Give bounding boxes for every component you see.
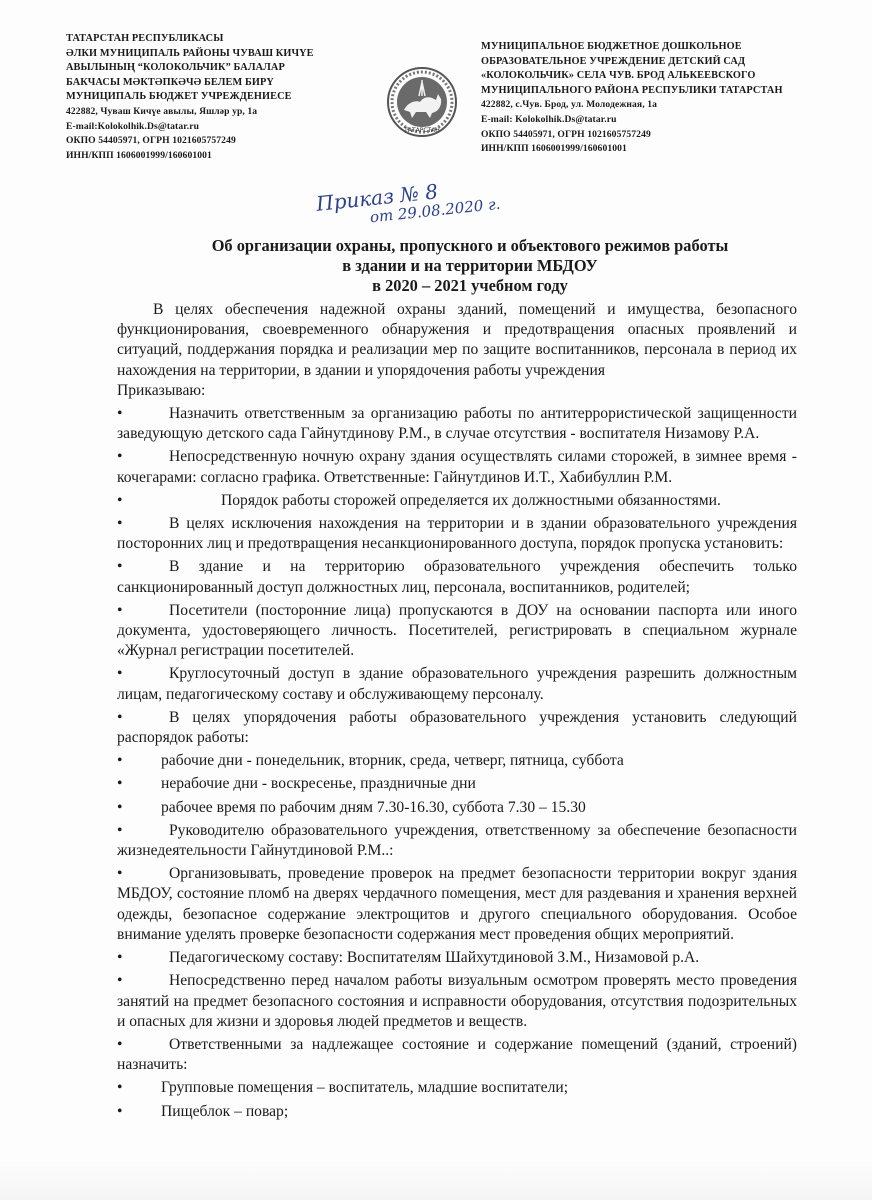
svg-text:ТАТАРСТАН: ТАТАРСТАН [403, 127, 440, 134]
header-right-line: «КОЛОКОЛЬЧИК» СЕЛА ЧУВ. БРОД АЛЬКЕЕВСКОГ… [481, 69, 783, 84]
list-item: •рабочее время по рабочим дням 7.30-16.3… [117, 798, 797, 818]
intro-paragraph: В целях обеспечения надежной охраны здан… [117, 300, 797, 381]
document-body: В целях обеспечения надежной охраны здан… [117, 300, 797, 1122]
list-item: •Руководителю образовательного учреждени… [117, 821, 797, 861]
title-line-1: Об организации охраны, пропускного и объ… [150, 236, 790, 256]
list-item: •Посетители (посторонние лица) пропускаю… [117, 601, 797, 662]
header-right-line: ОБРАЗОВАТЕЛЬНОЕ УЧРЕЖДЕНИЕ ДЕТСКИЙ САД [481, 55, 783, 70]
list-item: •В целях упорядочения работы образовател… [117, 708, 797, 748]
header-right-line: МУНИЦИПАЛЬНОГО РАЙОНА РЕСПУБЛИКИ ТАТАРСТ… [481, 84, 783, 99]
header-right-email: E-mail: Kolokolhik.Ds@tatar.ru [481, 113, 783, 128]
header-left-line: МУНИЦИПАЛЬ БЮДЖЕТ УЧРЕЖДЕНИЕСЕ [66, 90, 314, 105]
list-item: •Порядок работы сторожей определяется их… [117, 491, 797, 511]
list-item: •Пищеблок – повар; [117, 1102, 797, 1122]
title-line-2: в здании и на территории МБДОУ [150, 256, 790, 276]
header-left-inn: ИНН/КПП 1606001999/160601001 [66, 149, 314, 164]
list-item: •нерабочие дни - воскресенье, праздничны… [117, 774, 797, 794]
header-left-line: АВЫЛЫНЫҢ “КОЛОКОЛЬЧИК” БАЛАЛАР [66, 61, 314, 76]
header-right-russian: МУНИЦИПАЛЬНОЕ БЮДЖЕТНОЕ ДОШКОЛЬНОЕ ОБРАЗ… [481, 40, 783, 157]
header-left-email: E-mail:Kolokolhik.Ds@tatar.ru [66, 120, 314, 135]
list-item: •В здание и на территорию образовательно… [117, 557, 797, 597]
order-word: Приказываю: [117, 381, 797, 401]
scan-shadow [0, 1160, 872, 1200]
header-left-tatar: ТАТАРСТАН РЕСПУБЛИКАСЫ ӘЛКИ МУНИЦИПАЛЬ Р… [66, 32, 314, 163]
list-item: •Ответственными за надлежащее состояние … [117, 1035, 797, 1075]
title-line-3: в 2020 – 2021 учебном году [150, 276, 790, 296]
list-item: •Назначить ответственным за организацию … [117, 404, 797, 444]
header-right-okpo: ОКПО 54405971, ОГРН 1021605757249 [481, 128, 783, 143]
handwritten-order-number: Приказ № 8 от 29.08.2020 г. [315, 179, 439, 216]
list-item: •Непосредственно перед началом работы ви… [117, 971, 797, 1032]
list-item: •рабочие дни - понедельник, вторник, сре… [117, 751, 797, 771]
header-left-line: БАКЧАСЫ МӘКТӘПКӘЧӘ БЕЛЕМ БИРҮ [66, 76, 314, 91]
header-right-address: 422882, с.Чув. Брод, ул. Молодежная, 1а [481, 98, 783, 113]
document-page: ТАТАРСТАН РЕСПУБЛИКАСЫ ӘЛКИ МУНИЦИПАЛЬ Р… [0, 0, 872, 1200]
header-left-okpo: ОКПО 54405971, ОГРН 1021605757249 [66, 134, 314, 149]
list-item: •Организовывать, проведение проверок на … [117, 864, 797, 945]
header-left-line: ТАТАРСТАН РЕСПУБЛИКАСЫ [66, 32, 314, 47]
tatarstan-emblem-icon: ТАТАРСТАН [386, 66, 458, 138]
list-item: •В целях исключения нахождения на террит… [117, 514, 797, 554]
header-right-line: МУНИЦИПАЛЬНОЕ БЮДЖЕТНОЕ ДОШКОЛЬНОЕ [481, 40, 783, 55]
document-title: Об организации охраны, пропускного и объ… [150, 236, 790, 296]
header-left-line: ӘЛКИ МУНИЦИПАЛЬ РАЙОНЫ ЧУВАШ КИЧҮЕ [66, 47, 314, 62]
header-right-inn: ИНН/КПП 1606001999/160601001 [481, 142, 783, 157]
list-item: •Круглосуточный доступ в здание образова… [117, 664, 797, 704]
header-left-address: 422882, Чуваш Кичүе авылы, Яшләр ур, 1а [66, 105, 314, 120]
list-item: •Непосредственную ночную охрану здания о… [117, 447, 797, 487]
list-item: •Групповые помещения – воспитатель, млад… [117, 1078, 797, 1098]
list-item: •Педагогическому составу: Воспитателям Ш… [117, 948, 797, 968]
